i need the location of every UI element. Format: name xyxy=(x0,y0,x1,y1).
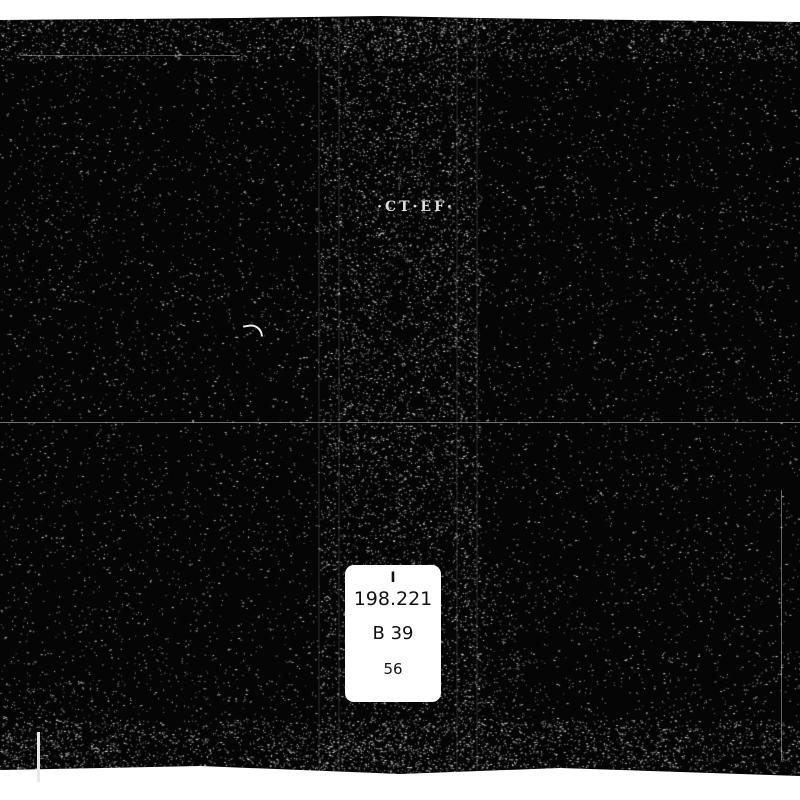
label-classification: 198.221 xyxy=(345,587,441,611)
label-cutter: B 39 xyxy=(345,623,441,645)
spine-right-edge xyxy=(476,16,478,780)
scanned-page: ·CT·EF· I 198.221 B 39 56 xyxy=(0,0,800,800)
bottom-left-mark xyxy=(37,732,40,782)
spine-right-groove xyxy=(456,16,458,780)
spine-left-edge xyxy=(318,16,320,780)
spine-left-groove xyxy=(338,16,340,780)
horizontal-scan-line xyxy=(0,422,800,423)
right-scan-line xyxy=(781,490,782,760)
label-suffix: 56 xyxy=(345,659,441,679)
call-number-label: I 198.221 B 39 56 xyxy=(345,565,441,702)
top-scan-line xyxy=(20,55,240,56)
spine-title: ·CT·EF· xyxy=(356,194,476,220)
label-mark: I xyxy=(345,571,441,585)
